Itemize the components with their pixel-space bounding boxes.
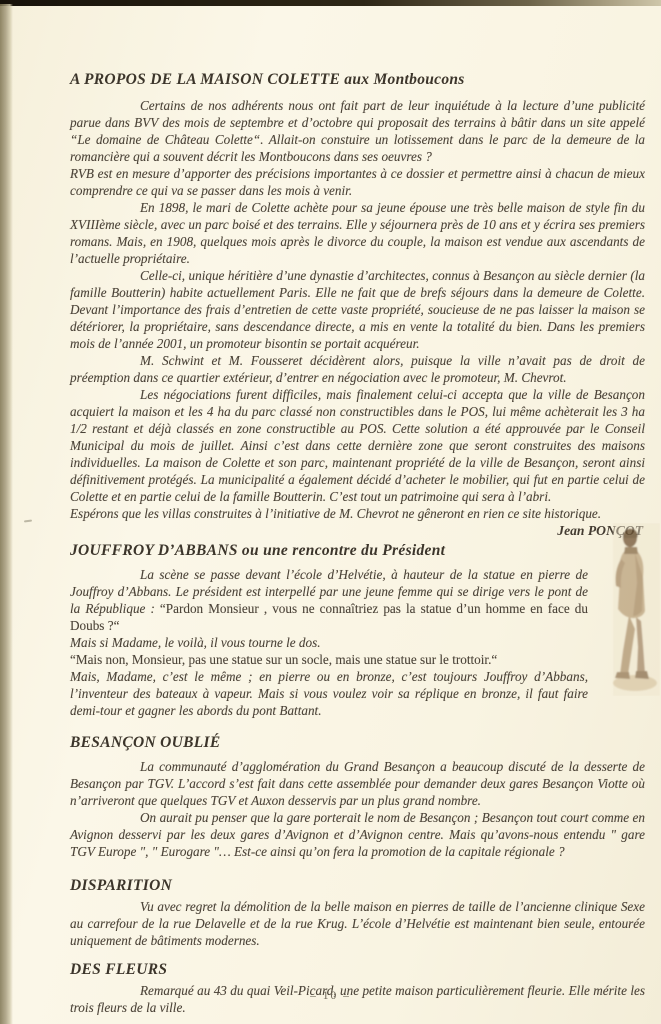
heading-sub: ou une rencontre du Président bbox=[238, 542, 446, 559]
scan-speck bbox=[24, 519, 32, 522]
section-jouffroy-dabbans: JOUFFROY D’ABBANS ou une rencontre du Pr… bbox=[70, 541, 645, 719]
heading-main: DES FLEURS bbox=[70, 961, 167, 978]
section-heading-disparition: DISPARITION bbox=[70, 876, 645, 895]
section-heading-jouffroy: JOUFFROY D’ABBANS ou une rencontre du Pr… bbox=[70, 541, 645, 560]
page-content: A PROPOS DE LA MAISON COLETTE aux Montbo… bbox=[70, 70, 645, 1016]
heading-sub: aux Montboucons bbox=[340, 71, 465, 88]
section-besancon-oublie: BESANÇON OUBLIÉ La communauté d’agglomér… bbox=[70, 733, 645, 860]
heading-main: DISPARITION bbox=[70, 877, 172, 894]
section-heading-besancon: BESANÇON OUBLIÉ bbox=[70, 733, 645, 752]
paragraph: Certains de nos adhérents nous ont fait … bbox=[70, 97, 645, 165]
dialogue-line: Mais si Madame, le voilà, il vous tourne… bbox=[70, 634, 588, 651]
section-maison-colette: A PROPOS DE LA MAISON COLETTE aux Montbo… bbox=[70, 70, 645, 539]
page-number: – 10 – bbox=[0, 990, 661, 1002]
paragraph: Les négociations furent difficiles, mais… bbox=[70, 386, 645, 505]
paragraph: La scène se passe devant l’école d’Helvé… bbox=[70, 566, 588, 634]
scan-left-edge bbox=[0, 4, 13, 1024]
paragraph: Espérons que les villas construites à l’… bbox=[70, 505, 645, 522]
section-heading-des-fleurs: DES FLEURS bbox=[70, 960, 645, 979]
paragraph: RVB est en mesure d’apporter des précisi… bbox=[70, 165, 645, 199]
section-heading-maison-colette: A PROPOS DE LA MAISON COLETTE aux Montbo… bbox=[70, 70, 645, 89]
paragraph: La communauté d’agglomération du Grand B… bbox=[70, 758, 645, 809]
paragraph: En 1898, le mari de Colette achète pour … bbox=[70, 199, 645, 267]
paragraph: M. Schwint et M. Fousseret décidèrent al… bbox=[70, 352, 645, 386]
dialogue-line: “Mais non, Monsieur, pas une statue sur … bbox=[70, 651, 588, 668]
heading-main: JOUFFROY D’ABBANS bbox=[70, 542, 238, 559]
heading-main: BESANÇON OUBLIÉ bbox=[70, 734, 221, 751]
section-des-fleurs: DES FLEURS Remarqué au 43 du quai Veil-P… bbox=[70, 960, 645, 1016]
scanned-bulletin-page: A PROPOS DE LA MAISON COLETTE aux Montbo… bbox=[0, 0, 661, 1024]
statue-jouffroy-photo bbox=[605, 523, 660, 696]
paragraph: Celle-ci, unique héritière d’une dynasti… bbox=[70, 267, 645, 352]
section-disparition: DISPARITION Vu avec regret la démolition… bbox=[70, 876, 645, 949]
paragraph: On aurait pu penser que la gare porterai… bbox=[70, 809, 645, 860]
jouffroy-text-column: La scène se passe devant l’école d’Helvé… bbox=[70, 566, 588, 719]
author-signature: Jean PONÇOT bbox=[70, 522, 645, 539]
dialogue-line: Mais, Madame, c’est le même ; en pierre … bbox=[70, 668, 588, 719]
scan-top-edge bbox=[0, 0, 661, 6]
heading-main: A PROPOS DE LA MAISON COLETTE bbox=[70, 71, 340, 88]
paragraph: Vu avec regret la démolition de la belle… bbox=[70, 898, 645, 949]
